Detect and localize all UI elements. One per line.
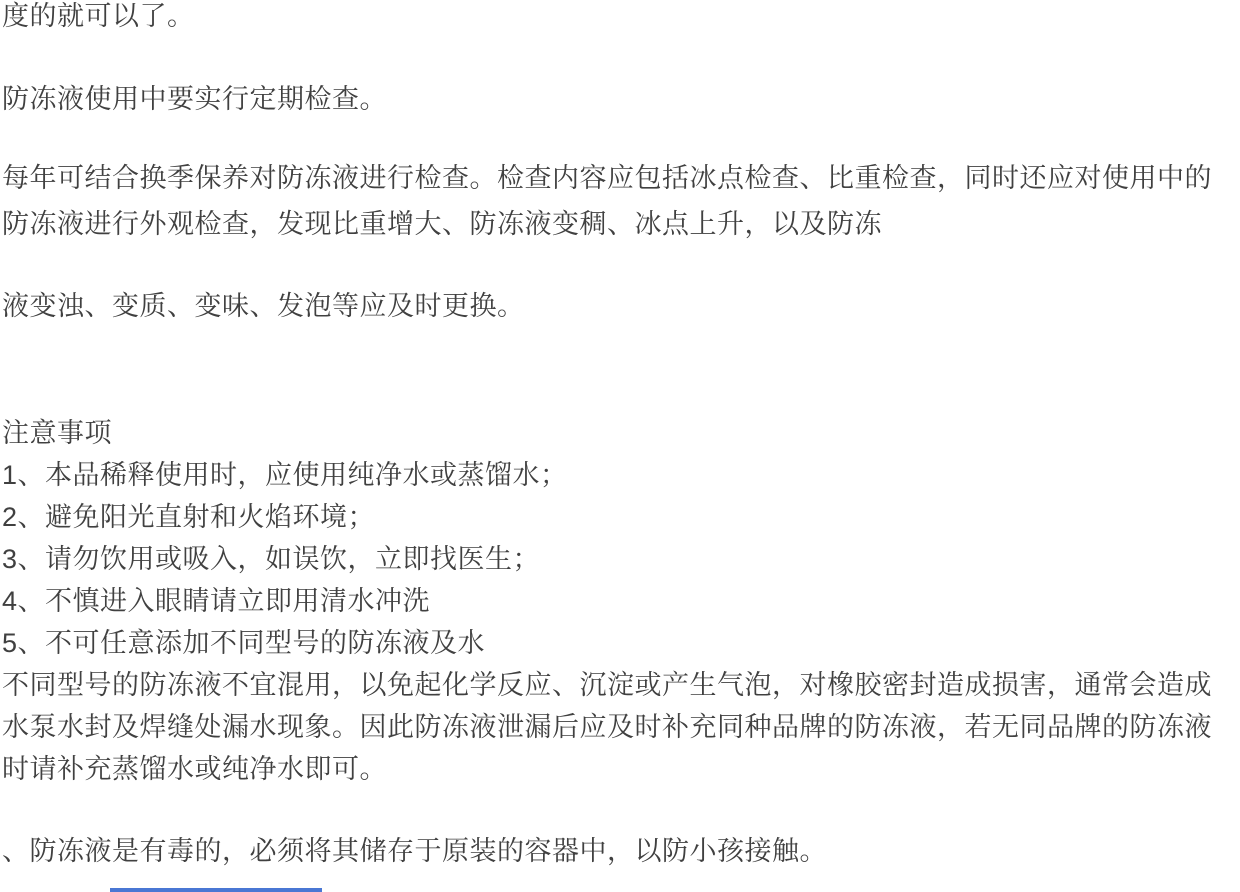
note-item: 2、避免阳光直射和火焰环境；	[2, 501, 375, 533]
text-line: 、防冻液是有毒的，必须将其储存于原装的容器中，以防小孩接触。	[2, 835, 827, 867]
partial-blue-bar	[110, 888, 322, 892]
text-line: 防冻液进行外观检查，发现比重增大、防冻液变稠、冰点上升，以及防冻	[2, 208, 882, 240]
text-line: 不同型号的防冻液不宜混用，以免起化学反应、沉淀或产生气泡，对橡胶密封造成损害，通…	[2, 669, 1212, 701]
text-line: 水泵水封及焊缝处漏水现象。因此防冻液泄漏后应及时补充同种品牌的防冻液，若无同品牌…	[2, 711, 1212, 743]
text-content: 度的就可以了。防冻液使用中要实行定期检查。每年可结合换季保养对防冻液进行检查。检…	[0, 0, 1240, 892]
text-line: 每年可结合换季保养对防冻液进行检查。检查内容应包括冰点检查、比重检查，同时还应对…	[2, 162, 1212, 194]
section-heading: 注意事项	[2, 417, 112, 449]
text-line: 液变浊、变质、变味、发泡等应及时更换。	[2, 290, 525, 322]
note-item: 4、不慎进入眼睛请立即用清水冲洗	[2, 585, 430, 617]
note-item: 5、不可任意添加不同型号的防冻液及水	[2, 627, 485, 659]
note-item: 3、请勿饮用或吸入，如误饮，立即找医生；	[2, 543, 540, 575]
text-line: 度的就可以了。	[2, 0, 195, 32]
text-line: 防冻液使用中要实行定期检查。	[2, 83, 387, 115]
document-page: 度的就可以了。防冻液使用中要实行定期检查。每年可结合换季保养对防冻液进行检查。检…	[0, 0, 1240, 892]
text-line: 时请补充蒸馏水或纯净水即可。	[2, 753, 387, 785]
note-item: 1、本品稀释使用时，应使用纯净水或蒸馏水；	[2, 459, 568, 491]
